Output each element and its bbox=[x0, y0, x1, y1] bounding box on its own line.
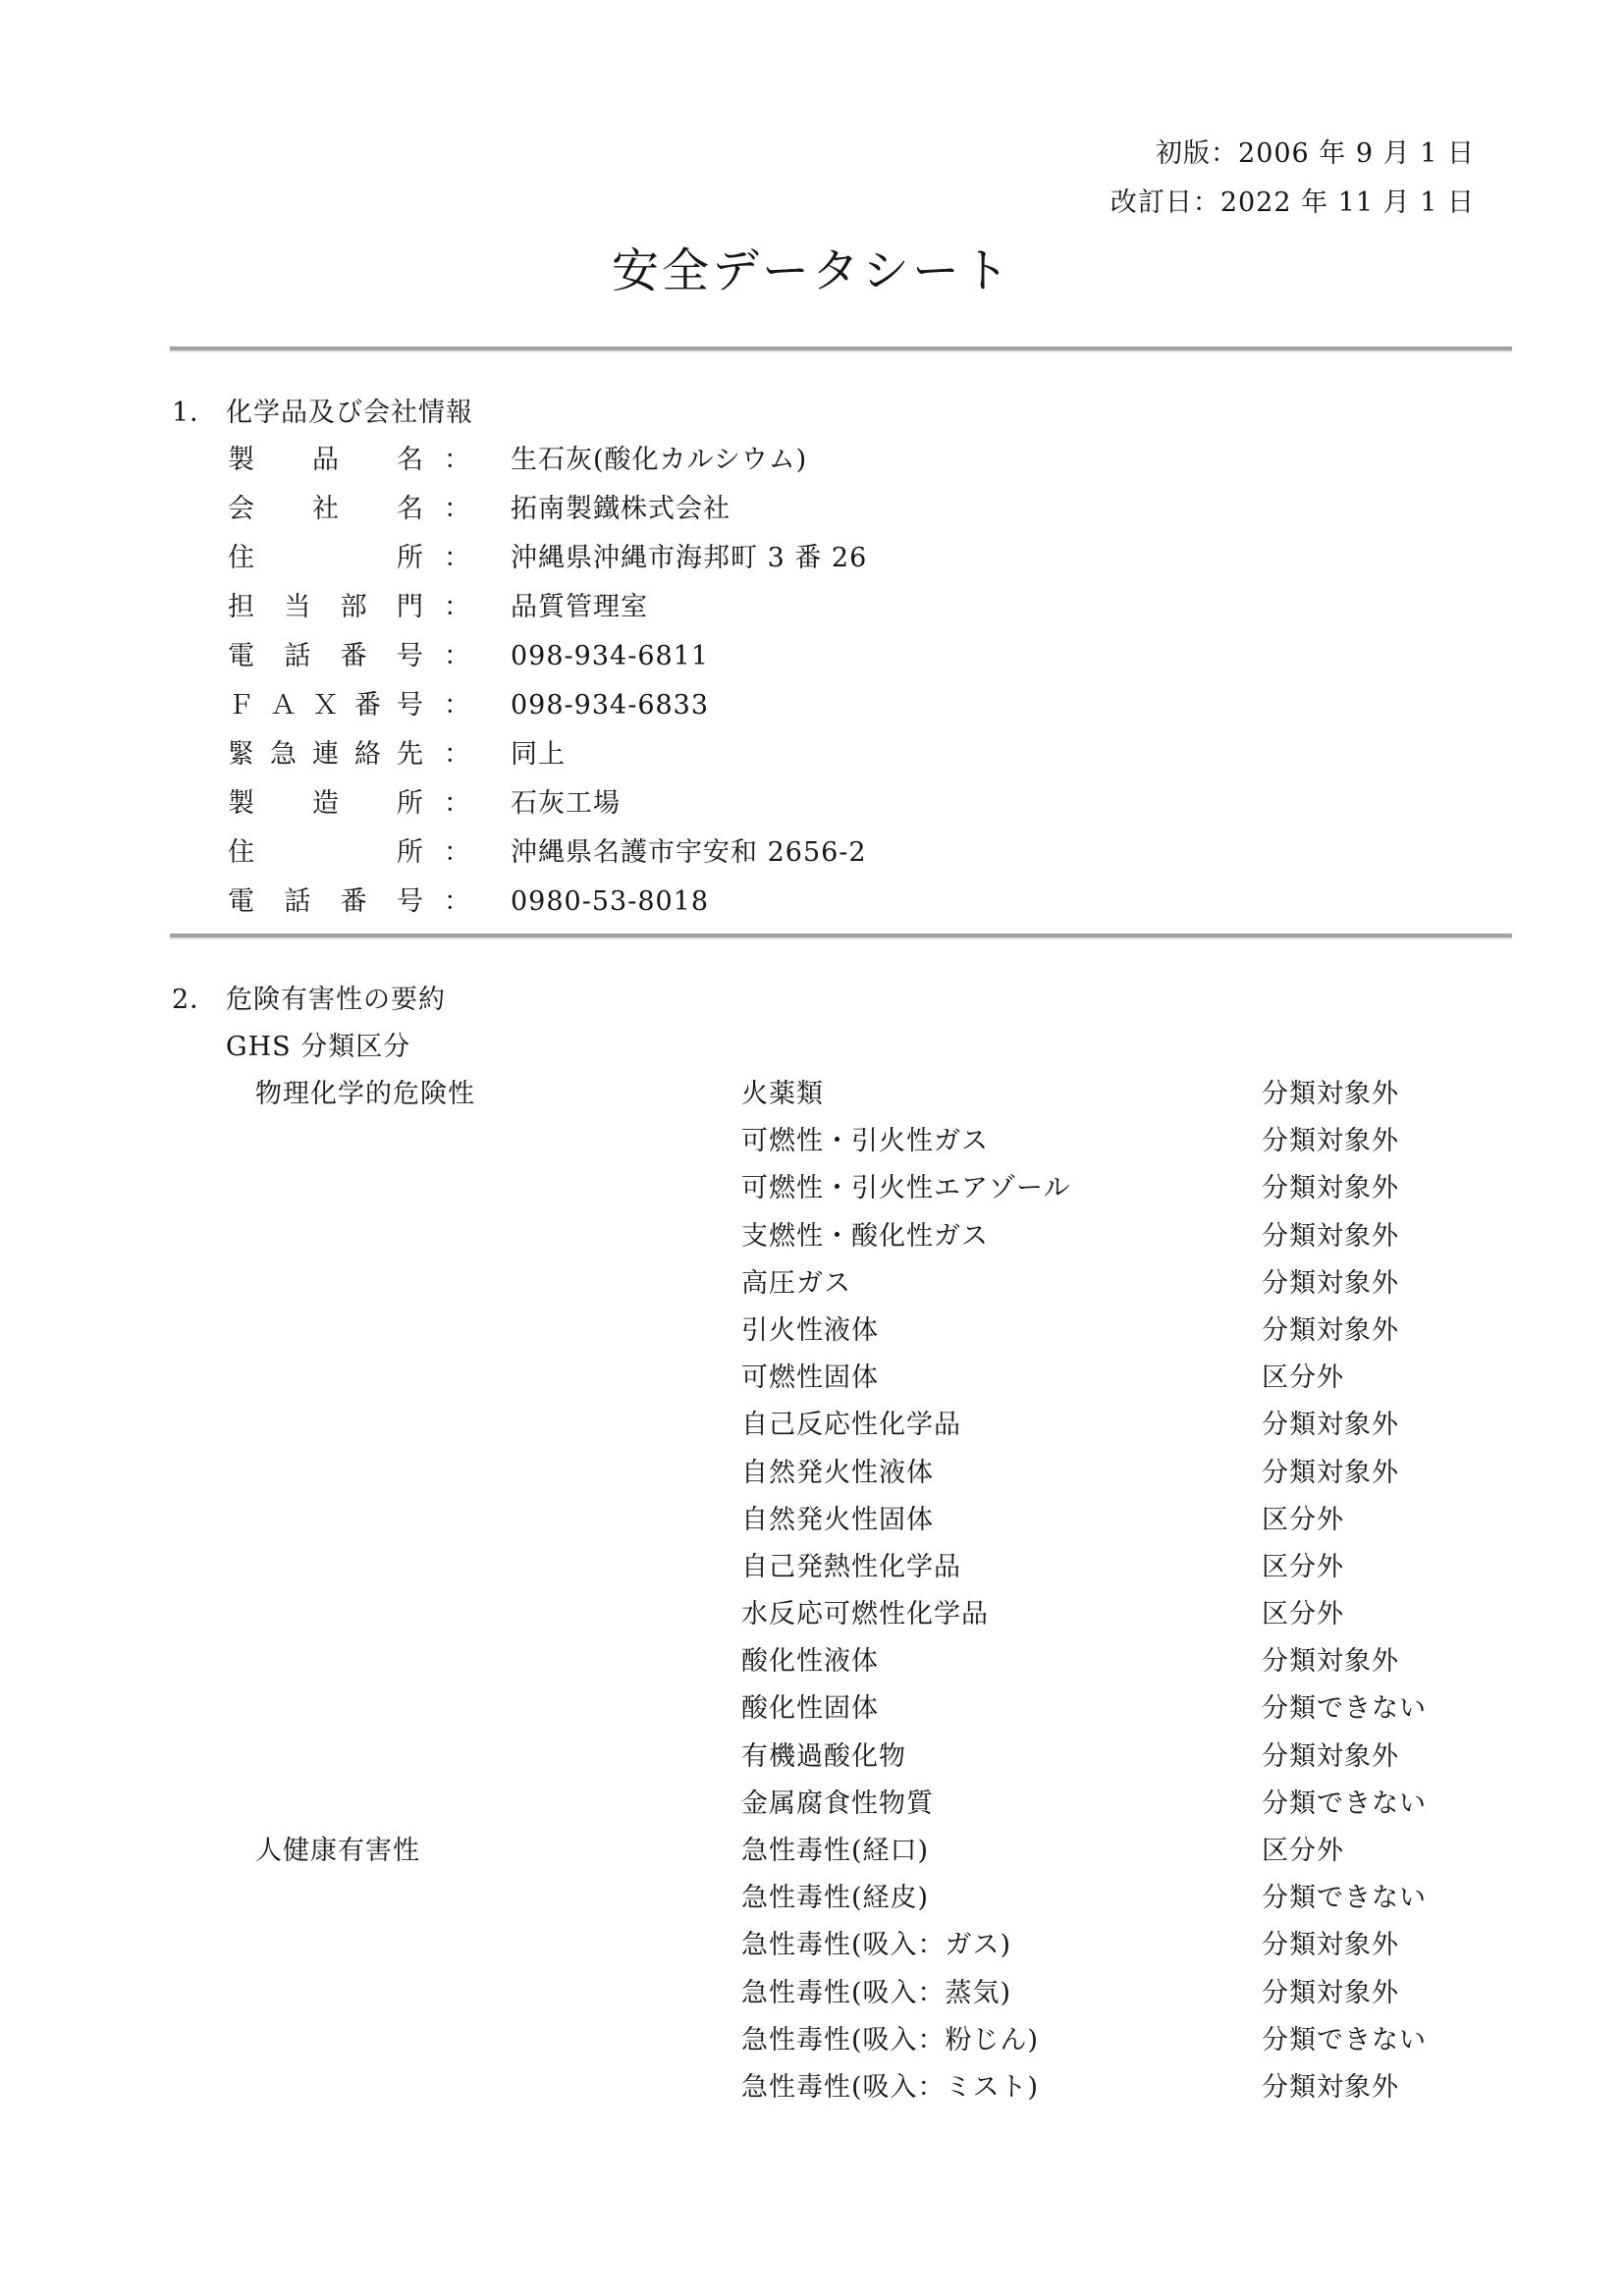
hazard-row: 急性毒性(吸入：蒸気) 分類対象外 bbox=[0, 1977, 1624, 2024]
hazard-row: 水反応可燃性化学品 区分外 bbox=[0, 1598, 1624, 1645]
sds-document-page: 初版：2006 年 9 月 1 日 改訂日：2022 年 11 月 1 日 安全… bbox=[0, 0, 1624, 2296]
hazard-item: 酸化性固体 bbox=[741, 1692, 879, 1726]
hazard-classification: 区分外 bbox=[1262, 1835, 1344, 1868]
hazard-classification: 分類対象外 bbox=[1262, 1977, 1399, 2010]
section-1-title: 化学品及び会社情報 bbox=[226, 398, 473, 428]
field-value: 拓南製鐵株式会社 bbox=[511, 493, 731, 526]
ghs-classification-subheading: GHS 分類区分 bbox=[226, 1031, 410, 1064]
hazard-row: 自己反応性化学品 分類対象外 bbox=[0, 1409, 1624, 1456]
hazard-row: 可燃性・引火性ガス 分類対象外 bbox=[0, 1125, 1624, 1172]
field-row: 担当部門 ： 品質管理室 bbox=[0, 591, 1624, 640]
hazard-classification: 分類できない bbox=[1262, 1788, 1427, 1821]
field-row: 電話番号 ： 0980-53-8018 bbox=[0, 885, 1624, 934]
field-label: 担当部門 bbox=[228, 591, 424, 624]
hazard-classification: 分類対象外 bbox=[1262, 1172, 1399, 1205]
hazard-classification: 分類対象外 bbox=[1262, 1740, 1399, 1774]
revision-block: 初版：2006 年 9 月 1 日 改訂日：2022 年 11 月 1 日 bbox=[1110, 137, 1475, 236]
hazard-item: 火薬類 bbox=[741, 1078, 824, 1111]
hazard-row: 可燃性固体 区分外 bbox=[0, 1362, 1624, 1409]
hazard-row: 人健康有害性 急性毒性(経口) 区分外 bbox=[0, 1835, 1624, 1882]
section-2-number: 2． bbox=[172, 984, 226, 1017]
field-colon: ： bbox=[444, 542, 471, 575]
hazard-classification: 分類対象外 bbox=[1262, 1929, 1399, 1962]
hazard-classification: 分類対象外 bbox=[1262, 1457, 1399, 1490]
hazard-row: 高圧ガス 分類対象外 bbox=[0, 1267, 1624, 1314]
hazard-row: 有機過酸化物 分類対象外 bbox=[0, 1740, 1624, 1788]
hazard-group-label: 物理化学的危険性 bbox=[255, 1078, 475, 1111]
divider-rule-top bbox=[170, 347, 1512, 352]
field-label: 製造所 bbox=[228, 787, 424, 821]
hazard-item: 自己発熱性化学品 bbox=[741, 1551, 961, 1584]
hazard-item: 酸化性液体 bbox=[741, 1645, 879, 1679]
hazard-item: 急性毒性(経口) bbox=[741, 1835, 929, 1868]
hazard-item: 高圧ガス bbox=[741, 1267, 851, 1301]
hazard-classification: 区分外 bbox=[1262, 1551, 1344, 1584]
hazard-item: 自己反応性化学品 bbox=[741, 1409, 961, 1442]
hazard-item: 急性毒性(吸入：粉じん) bbox=[741, 2024, 1039, 2057]
field-label: 緊急連絡先 bbox=[228, 738, 424, 772]
field-colon: ： bbox=[444, 885, 471, 919]
field-value: 0980-53-8018 bbox=[511, 885, 709, 919]
field-row: 会社名 ： 拓南製鐵株式会社 bbox=[0, 493, 1624, 542]
hazard-item: 自然発火性液体 bbox=[741, 1457, 934, 1490]
hazard-item: 可燃性固体 bbox=[741, 1362, 879, 1395]
hazard-row: 引火性液体 分類対象外 bbox=[0, 1314, 1624, 1362]
hazard-row: 急性毒性(吸入：ミスト) 分類対象外 bbox=[0, 2071, 1624, 2118]
divider-rule-bottom bbox=[170, 934, 1512, 939]
field-colon: ： bbox=[444, 493, 471, 526]
hazard-row: 支燃性・酸化性ガス 分類対象外 bbox=[0, 1220, 1624, 1267]
hazard-group-label: 人健康有害性 bbox=[255, 1835, 420, 1868]
section-1-heading: 1．化学品及び会社情報 bbox=[172, 397, 473, 430]
hazard-classification: 分類できない bbox=[1262, 2024, 1427, 2057]
hazard-item: 引火性液体 bbox=[741, 1314, 879, 1348]
hazard-row: 自然発火性固体 区分外 bbox=[0, 1504, 1624, 1551]
section-1-number: 1． bbox=[172, 397, 226, 430]
field-label: 住所 bbox=[228, 836, 424, 870]
hazard-row: 酸化性固体 分類できない bbox=[0, 1692, 1624, 1739]
field-label: 製品名 bbox=[228, 444, 424, 477]
field-row: 住所 ： 沖縄県名護市宇安和 2656-2 bbox=[0, 836, 1624, 885]
hazard-item: 急性毒性(吸入：ガス) bbox=[741, 1929, 1011, 1962]
field-colon: ： bbox=[444, 836, 471, 870]
hazard-row: 物理化学的危険性 火薬類 分類対象外 bbox=[0, 1078, 1624, 1125]
field-colon: ： bbox=[444, 689, 471, 722]
field-value: 098-934-6811 bbox=[511, 640, 709, 673]
hazard-item: 自然発火性固体 bbox=[741, 1504, 934, 1537]
hazard-row: 自己発熱性化学品 区分外 bbox=[0, 1551, 1624, 1598]
field-value: 石灰工場 bbox=[511, 787, 621, 821]
field-row: 電話番号 ： 098-934-6811 bbox=[0, 640, 1624, 689]
field-value: 品質管理室 bbox=[511, 591, 648, 624]
hazard-classification: 分類できない bbox=[1262, 1692, 1427, 1726]
hazard-classification: 区分外 bbox=[1262, 1504, 1344, 1537]
field-row: 住所 ： 沖縄県沖縄市海邦町 3 番 26 bbox=[0, 542, 1624, 591]
field-row: ＦＡＸ番号 ： 098-934-6833 bbox=[0, 689, 1624, 738]
field-row: 緊急連絡先 ： 同上 bbox=[0, 738, 1624, 787]
field-colon: ： bbox=[444, 787, 471, 821]
hazard-classification-table: 物理化学的危険性 火薬類 分類対象外 可燃性・引火性ガス 分類対象外 可燃性・引… bbox=[0, 1078, 1624, 2118]
field-value: 沖縄県沖縄市海邦町 3 番 26 bbox=[511, 542, 867, 575]
hazard-classification: 分類対象外 bbox=[1262, 1409, 1399, 1442]
field-colon: ： bbox=[444, 444, 471, 477]
hazard-row: 可燃性・引火性エアゾール 分類対象外 bbox=[0, 1172, 1624, 1219]
field-colon: ： bbox=[444, 738, 471, 772]
field-row: 製品名 ： 生石灰(酸化カルシウム) bbox=[0, 444, 1624, 493]
field-label: 電話番号 bbox=[228, 885, 424, 919]
company-info-fields: 製品名 ： 生石灰(酸化カルシウム) 会社名 ： 拓南製鐵株式会社 住所 ： 沖… bbox=[0, 444, 1624, 934]
hazard-classification: 分類できない bbox=[1262, 1882, 1427, 1915]
hazard-row: 酸化性液体 分類対象外 bbox=[0, 1645, 1624, 1692]
hazard-row: 自然発火性液体 分類対象外 bbox=[0, 1457, 1624, 1504]
hazard-item: 急性毒性(吸入：ミスト) bbox=[741, 2071, 1039, 2105]
hazard-classification: 分類対象外 bbox=[1262, 2071, 1399, 2105]
section-2-title: 危険有害性の要約 bbox=[226, 985, 446, 1015]
field-label: 住所 bbox=[228, 542, 424, 575]
field-label: 会社名 bbox=[228, 493, 424, 526]
first-edition-date: 初版：2006 年 9 月 1 日 bbox=[1110, 137, 1475, 187]
hazard-classification: 分類対象外 bbox=[1262, 1125, 1399, 1158]
hazard-item: 急性毒性(吸入：蒸気) bbox=[741, 1977, 1011, 2010]
hazard-item: 急性毒性(経皮) bbox=[741, 1882, 929, 1915]
field-label: ＦＡＸ番号 bbox=[228, 689, 424, 722]
hazard-classification: 分類対象外 bbox=[1262, 1220, 1399, 1254]
hazard-item: 可燃性・引火性ガス bbox=[741, 1125, 989, 1158]
hazard-item: 支燃性・酸化性ガス bbox=[741, 1220, 989, 1254]
document-title: 安全データシート bbox=[0, 241, 1624, 300]
hazard-row: 急性毒性(経皮) 分類できない bbox=[0, 1882, 1624, 1929]
field-colon: ： bbox=[444, 640, 471, 673]
hazard-classification: 分類対象外 bbox=[1262, 1314, 1399, 1348]
hazard-classification: 区分外 bbox=[1262, 1598, 1344, 1631]
field-label: 電話番号 bbox=[228, 640, 424, 673]
hazard-classification: 区分外 bbox=[1262, 1362, 1344, 1395]
field-value: 同上 bbox=[511, 738, 566, 772]
field-row: 製造所 ： 石灰工場 bbox=[0, 787, 1624, 836]
hazard-item: 金属腐食性物質 bbox=[741, 1788, 934, 1821]
hazard-classification: 分類対象外 bbox=[1262, 1267, 1399, 1301]
hazard-item: 可燃性・引火性エアゾール bbox=[741, 1172, 1070, 1205]
field-colon: ： bbox=[444, 591, 471, 624]
field-value: 沖縄県名護市宇安和 2656-2 bbox=[511, 836, 867, 870]
field-value: 098-934-6833 bbox=[511, 689, 709, 722]
hazard-row: 急性毒性(吸入：ガス) 分類対象外 bbox=[0, 1929, 1624, 1976]
hazard-classification: 分類対象外 bbox=[1262, 1078, 1399, 1111]
field-value: 生石灰(酸化カルシウム) bbox=[511, 444, 807, 477]
hazard-item: 有機過酸化物 bbox=[741, 1740, 906, 1774]
hazard-item: 水反応可燃性化学品 bbox=[741, 1598, 989, 1631]
hazard-row: 急性毒性(吸入：粉じん) 分類できない bbox=[0, 2024, 1624, 2071]
hazard-classification: 分類対象外 bbox=[1262, 1645, 1399, 1679]
revision-date: 改訂日：2022 年 11 月 1 日 bbox=[1110, 187, 1475, 236]
hazard-row: 金属腐食性物質 分類できない bbox=[0, 1788, 1624, 1835]
section-2-heading: 2．危険有害性の要約 bbox=[172, 984, 446, 1017]
